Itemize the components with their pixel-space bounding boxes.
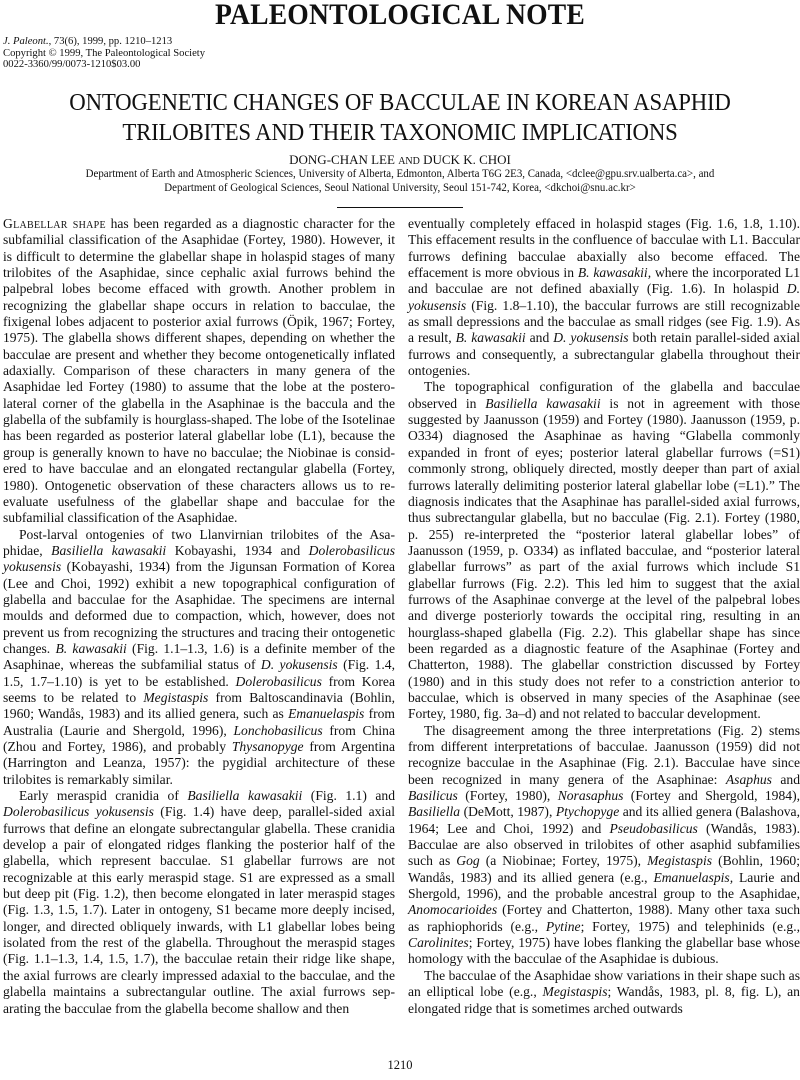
taxon: Carolinites — [408, 935, 469, 950]
paragraph: The topographical configuration of the g… — [408, 379, 800, 722]
taxon: Lonchobasilicus — [234, 723, 323, 738]
taxon: Basilicus — [408, 788, 458, 803]
paragraph: Early meraspid cranidia of Basiliella ka… — [3, 788, 395, 1017]
affiliation-2: Department of Geological Sciences, Seoul… — [14, 182, 786, 196]
page-number: 1210 — [0, 1058, 800, 1073]
taxon: Ptychopyge — [556, 804, 619, 819]
paragraph: eventually completely effaced in holaspi… — [408, 216, 800, 379]
taxon: D. yokusensis — [553, 330, 628, 345]
author-conjunction: AND — [398, 156, 420, 167]
paragraph: The bacculae of the Asaphidae show varia… — [408, 968, 800, 1017]
title-line-2: TRILOBITES AND THEIR TAXONOMIC IMPLICATI… — [28, 118, 772, 148]
taxon: Anomocarioides — [408, 902, 497, 917]
issn-line: 0022-3360/99/0073-1210$03.00 — [3, 59, 205, 71]
taxon: Basiliella kawasakii — [485, 396, 600, 411]
taxon: Dolerobasilicus yokusensis — [3, 804, 154, 819]
taxon: D. yokusensis — [261, 657, 338, 672]
author-2: DUCK K. CHOI — [423, 152, 511, 167]
copyright-line: Copyright © 1999, The Paleontological So… — [3, 48, 205, 60]
paragraph: Post-larval ontogenies of two Llanvirnia… — [3, 527, 395, 789]
left-column: Glabellar shape has been regarded as a d… — [3, 216, 395, 1017]
affiliations: Department of Earth and Atmospheric Scie… — [14, 168, 786, 195]
taxon: B. kawasakii, — [578, 265, 651, 280]
right-column: eventually completely effaced in holaspi… — [408, 216, 800, 1017]
lead-in: Glabellar shape — [3, 216, 106, 231]
journal-meta: J. Paleont., 73(6), 1999, pp. 1210–1213 … — [3, 36, 205, 71]
taxon: Asaphus — [726, 772, 772, 787]
taxon: Basiliella kawasakii — [187, 788, 302, 803]
taxon: Basiliella kawasakii — [51, 543, 166, 558]
paragraph: Glabellar shape has been regarded as a d… — [3, 216, 395, 527]
taxon: Thysanopyge — [232, 739, 304, 754]
taxon: Dolerobasilicus — [236, 674, 322, 689]
taxon: Norasaphus — [558, 788, 624, 803]
taxon: Pseudobasilicus — [609, 821, 697, 836]
taxon: Pytine — [546, 919, 581, 934]
taxon: Emanuelaspis — [288, 706, 364, 721]
taxon: Gog — [456, 853, 479, 868]
taxon: B. kawasakii — [456, 330, 526, 345]
taxon: Megistaspis — [543, 984, 608, 999]
taxon: Meg­istaspis — [647, 853, 712, 868]
article-title: ONTOGENETIC CHANGES OF BACCULAE IN KOREA… — [28, 88, 772, 148]
affiliation-1: Department of Earth and Atmospheric Scie… — [14, 168, 786, 182]
section-header: PALEONTOLOGICAL NOTE — [32, 0, 768, 30]
taxon: Basiliella — [408, 804, 460, 819]
citation-line: J. Paleont., 73(6), 1999, pp. 1210–1213 — [3, 36, 205, 48]
taxon: B. kawasakii — [55, 641, 126, 656]
taxon: Meg­istaspis — [143, 690, 208, 705]
taxon: Emanuelaspis, — [653, 870, 733, 885]
title-line-1: ONTOGENETIC CHANGES OF BACCULAE IN KOREA… — [28, 88, 772, 118]
header-divider — [337, 207, 463, 208]
author-1: DONG-CHAN LEE — [289, 152, 395, 167]
paragraph: The disagreement among the three interpr… — [408, 723, 800, 968]
journal-abbrev: J. Paleont. — [3, 36, 49, 47]
